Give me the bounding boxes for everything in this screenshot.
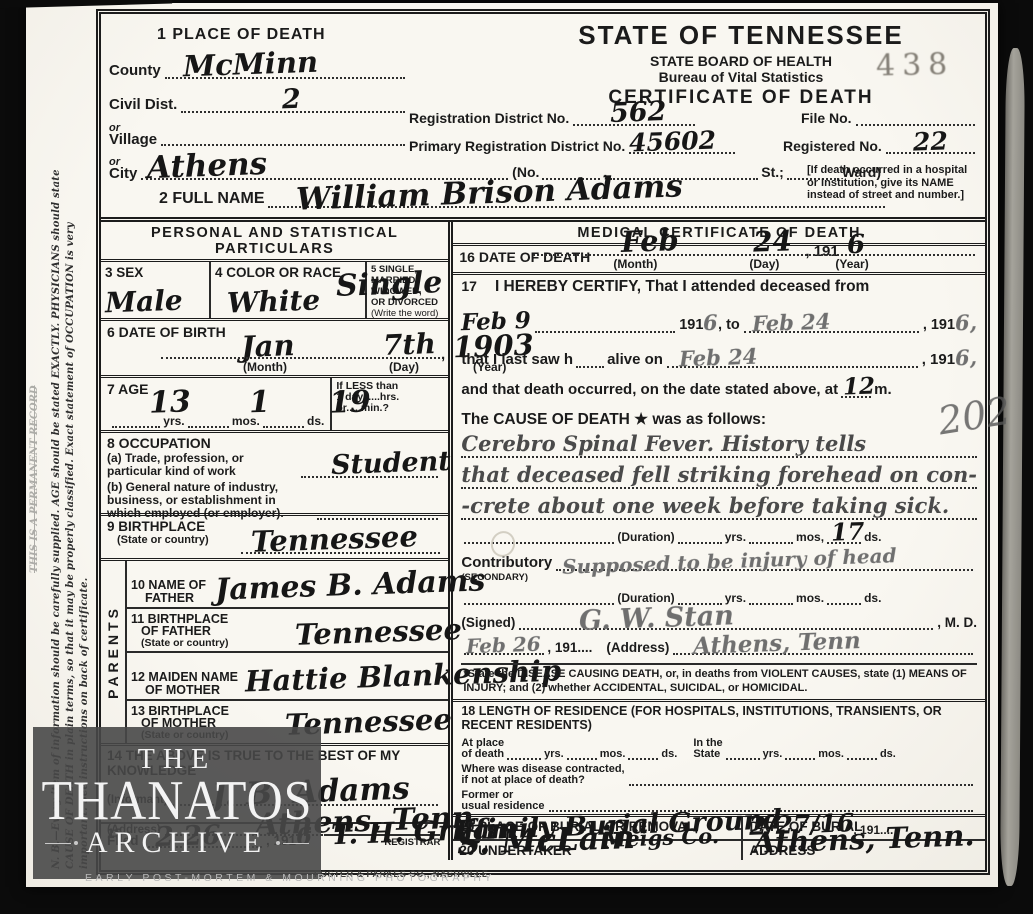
watermark-tagline: EARLY POST-MORTEM & MOURNING PHOTOGRAPHY xyxy=(85,872,485,884)
city-value: Athens xyxy=(147,149,268,184)
burial-place-value-2: Meigs Co. xyxy=(603,825,720,850)
duration-days-value: 17 xyxy=(831,520,865,545)
duration-line: (Duration) yrs. mos, 17 ds. xyxy=(461,530,977,544)
dob-day-value: 7th xyxy=(383,330,437,360)
cause-line-3: -crete about one week before taking sick… xyxy=(461,495,977,520)
cause-value-2: that deceased fell striking forehead on … xyxy=(461,462,977,487)
dob-label: 6 DATE OF BIRTH xyxy=(107,324,226,340)
dod-day-caption: (Day) xyxy=(749,257,779,271)
civil-dist-value: 2 xyxy=(282,86,302,114)
dotted-line xyxy=(749,601,793,605)
dod-month-caption: (Month) xyxy=(613,257,657,271)
certify-text: I HEREBY CERTIFY, That I attended deceas… xyxy=(495,278,869,296)
st-label: St.; xyxy=(761,164,784,180)
res-mos: mos. xyxy=(600,748,626,760)
res-ds-2: ds. xyxy=(880,748,896,760)
occupation-a-label: (a) Trade, profession, or particular kin… xyxy=(107,452,297,478)
dotted-line: 562 xyxy=(573,122,695,126)
dotted-line: Feb 26 xyxy=(464,651,544,655)
dotted-line: Feb 24 xyxy=(744,329,919,333)
father-birthplace-value: Tennessee xyxy=(295,615,463,650)
cause-label-line: The CAUSE OF DEATH ★ was as follows: xyxy=(461,410,977,429)
scanned-death-certificate: THIS IS A PERMANENT RECORD N. B.—Every i… xyxy=(0,0,1033,914)
primary-registration-row: Primary Registration District No. 45602 xyxy=(409,138,739,154)
residence-title: 18 LENGTH OF RESIDENCE (FOR HOSPITALS, I… xyxy=(461,704,956,732)
dotted-line: William Brison Adams xyxy=(268,204,885,208)
dotted-line: G. W. Stan xyxy=(519,626,933,630)
dotted-line xyxy=(749,540,793,544)
birthplace-label: 9 BIRTHPLACE xyxy=(107,519,205,534)
dotted-line xyxy=(576,364,604,368)
marital-value: Single xyxy=(336,268,443,302)
birthplace-hint: (State or country) xyxy=(117,534,209,546)
cause-of-death-label: The CAUSE OF DEATH ★ was as follows: xyxy=(461,411,766,428)
county-row: County McMinn xyxy=(109,62,409,79)
attended-from-year-value: 6 xyxy=(703,312,718,333)
res-mos-2: mos. xyxy=(818,748,844,760)
dotted-line xyxy=(535,329,675,333)
dotted-line: 45602 xyxy=(629,150,735,154)
certify-line: 17 I HEREBY CERTIFY, That I attended dec… xyxy=(461,278,977,296)
primary-registration-label: Primary Registration District No. xyxy=(409,138,625,154)
occupation-row: 8 OCCUPATION (a) Trade, profession, or p… xyxy=(101,433,448,516)
item-17: 17 xyxy=(461,278,477,294)
age-cell: 7 AGE 13 1 19 yrs. mos. ds. xyxy=(101,378,330,430)
father-label-2: FATHER xyxy=(131,592,206,605)
primary-registration-value: 45602 xyxy=(629,127,717,155)
age-days-value: 19 xyxy=(328,387,371,418)
sex-cell: 3 SEX Male xyxy=(101,262,211,318)
dotted-line: Athens, Tenn xyxy=(673,651,973,655)
duration-ds: ds. xyxy=(864,530,881,544)
mother-name-row: 12 MAIDEN NAME OF MOTHER Hattie Blankens… xyxy=(127,653,448,701)
physician-signature: G. W. Stan xyxy=(579,603,735,635)
mother-label-2: OF MOTHER xyxy=(131,684,238,697)
duration2-mos: mos. xyxy=(796,591,824,605)
residence-section: 18 LENGTH OF RESIDENCE (FOR HOSPITALS, I… xyxy=(453,702,985,817)
attended-dates-line: Feb 9 191 6 , to Feb 24 , 191 6, xyxy=(461,310,977,333)
occupation-b-row: (b) General nature of industry, business… xyxy=(107,481,442,520)
yrs-caption: yrs. xyxy=(163,414,184,428)
last-saw-line: that I last saw h alive on Feb 24 , 191 … xyxy=(461,347,977,368)
dotted-line: 2 xyxy=(181,109,405,113)
cause-line-2: that deceased fell striking forehead on … xyxy=(461,464,977,489)
watermark-flourish-left xyxy=(45,841,78,845)
former-label-2: usual residence xyxy=(461,801,544,812)
signed-caption: (Signed) xyxy=(461,615,515,630)
address-caption: (Address) xyxy=(606,640,669,655)
race-value: White xyxy=(227,286,321,317)
attended-to-print: , to xyxy=(718,317,740,333)
place-of-death-title: 1 PLACE OF DEATH xyxy=(157,26,326,44)
cause-line-1: Cerebro Spinal Fever. History tells xyxy=(461,433,977,458)
last-saw-print-2: alive on xyxy=(607,351,663,368)
attended-to-year-value: 6, xyxy=(955,312,978,334)
dob-comma: , xyxy=(441,346,445,363)
dotted-line: Student xyxy=(301,474,438,478)
age-units-line: yrs. mos. ds. xyxy=(109,414,324,428)
county-label: County xyxy=(109,62,161,79)
dotted-line xyxy=(847,756,877,760)
dod-label: 16 DATE OF DEATH xyxy=(459,249,590,265)
occupation-a-value: Student xyxy=(331,448,452,479)
dod-year-print: , 191 xyxy=(805,243,838,260)
registered-no-row: Registered No. 22 xyxy=(783,138,979,154)
undertaker-address-cell: ADDRESS Athens, Tenn. xyxy=(743,841,985,860)
dotted-line xyxy=(726,756,760,760)
dotted-line xyxy=(785,756,815,760)
father-bp-label-2: OF FATHER xyxy=(131,625,229,637)
physician-address-value: Athens, Tenn xyxy=(693,629,861,658)
registration-district-label: Registration District No. xyxy=(409,110,569,126)
personal-title: PERSONAL AND STATISTICAL PARTICULARS xyxy=(101,222,448,262)
parents-vertical-label: PARENTS xyxy=(101,561,127,743)
certificate-title: CERTIFICATE OF DEATH xyxy=(531,87,951,109)
dotted-line xyxy=(161,357,440,359)
dotted-line xyxy=(629,782,973,786)
undertaker-section: Meigs Co. 20 UNDERTAKER S. McLain ADDRES… xyxy=(453,841,985,860)
sign-date-value: Feb 26 xyxy=(466,634,541,657)
sign-year-print: , 191.... xyxy=(547,640,592,655)
registered-no-label: Registered No. xyxy=(783,138,882,154)
file-no-label: File No. xyxy=(801,110,852,126)
full-name-label: 2 FULL NAME xyxy=(159,190,264,208)
sex-value: Male xyxy=(105,287,184,318)
marital-hint: (Write the word) xyxy=(371,308,444,319)
age-label: 7 AGE xyxy=(107,381,149,397)
death-hour-value: 12 xyxy=(843,375,876,399)
residence-duration-row: At place of death yrs. mos. ds. In the xyxy=(461,738,977,760)
cause-footnote: *State the DISEASE CAUSING DEATH, or, in… xyxy=(461,663,977,699)
registrar-block: T. H. Griffin REGISTRAR xyxy=(321,832,440,848)
dotted-line: 22 xyxy=(886,150,975,154)
res-yrs-2: yrs. xyxy=(763,748,783,760)
birthplace-row: 9 BIRTHPLACE (State or country) Tennesse… xyxy=(101,516,448,561)
death-occurred-line: and that death occurred, on the date sta… xyxy=(461,381,977,398)
state-title: STATE OF TENNESSEE xyxy=(531,20,951,51)
marital-cell: 5 SINGLE, MARRIED, WIDOWED, OR DIVORCED … xyxy=(367,262,448,318)
registration-district-value: 562 xyxy=(609,98,666,127)
duration-caption: (Duration) xyxy=(617,530,674,544)
dotted-line xyxy=(161,142,405,146)
contracted-row: Where was disease contracted, if not at … xyxy=(461,764,977,786)
dotted-line: Supposed to be injury of head xyxy=(556,567,973,571)
margin-faint-note: THIS IS A PERMANENT RECORD xyxy=(29,153,40,573)
contributory-line: Contributory Supposed to be injury of he… xyxy=(461,554,977,571)
dotted-line xyxy=(188,424,229,428)
village-row: or Village xyxy=(109,122,409,146)
in-the-label-2: State xyxy=(693,749,722,760)
at-place-label-2: of death xyxy=(461,749,504,760)
registration-district-row: Registration District No. 562 xyxy=(409,110,699,126)
occupation-b-label: (b) General nature of industry, business… xyxy=(107,481,313,520)
day-caption: (Day) xyxy=(389,360,419,374)
parents-rows: 10 NAME OF FATHER James B. Adams 11 BIRT… xyxy=(127,561,448,743)
father-bp-hint: (State or country) xyxy=(131,637,229,649)
occupation-a-row: (a) Trade, profession, or particular kin… xyxy=(107,452,442,478)
dotted-line xyxy=(464,540,614,544)
dotted-line xyxy=(241,552,440,554)
full-name-row: 2 FULL NAME William Brison Adams xyxy=(159,190,889,208)
watermark-name: THANATOS xyxy=(42,772,313,828)
last-saw-date-value: Feb 24 xyxy=(679,346,758,370)
dotted-line xyxy=(567,756,597,760)
village-label: Village xyxy=(109,134,157,146)
file-number-stamp: 438 xyxy=(876,47,955,84)
civil-dist-label: Civil Dist. xyxy=(109,96,177,113)
dotted-line xyxy=(263,424,304,428)
watermark-flourish-right xyxy=(276,841,309,845)
dotted-line xyxy=(856,122,975,126)
race-label: 4 COLOR OR RACE xyxy=(215,265,341,280)
md-caption: , M. D. xyxy=(937,615,977,630)
cause-value-1: Cerebro Spinal Fever. History tells xyxy=(461,431,866,456)
parents-section: PARENTS 10 NAME OF FATHER James B. Adams xyxy=(101,561,448,746)
dotted-line xyxy=(678,540,722,544)
contributory-label: Contributory xyxy=(461,554,552,571)
father-name-row: 10 NAME OF FATHER James B. Adams xyxy=(127,561,448,609)
dod-day-value: 24 xyxy=(753,228,793,257)
hospital-note: [If death occurred in a hospital or Inst… xyxy=(807,164,979,202)
county-value: McMinn xyxy=(182,48,318,82)
dotted-line: Feb 24 xyxy=(667,364,918,368)
month-caption: (Month) xyxy=(243,360,287,374)
res-ds: ds. xyxy=(661,748,677,760)
dotted-line: McMinn xyxy=(165,75,405,79)
file-no-row: File No. xyxy=(801,110,979,126)
last-saw-year-print: , 191 xyxy=(922,351,955,368)
father-birthplace-row: 11 BIRTHPLACE OF FATHER (State or countr… xyxy=(127,609,448,653)
father-name-value: James B. Adams xyxy=(215,566,486,605)
certification-section: 17 I HEREBY CERTIFY, That I attended dec… xyxy=(453,275,985,702)
parents-label: PARENTS xyxy=(105,605,121,699)
undertaker-address-value: Athens, Tenn. xyxy=(753,821,975,858)
medical-title: MEDICAL CERTIFICATE OF DEATH xyxy=(453,222,985,246)
signed-line: (Signed) G. W. Stan , M. D. xyxy=(461,615,977,630)
city-label: City xyxy=(109,168,137,180)
dod-month-value: Feb xyxy=(621,226,680,257)
medical-column: MEDICAL CERTIFICATE OF DEATH 16 DATE OF … xyxy=(453,222,985,860)
duration-yrs: yrs. xyxy=(725,530,746,544)
ds-caption: ds. xyxy=(307,414,324,428)
age-row: 7 AGE 13 1 19 yrs. mos. ds. xyxy=(101,378,448,433)
dotted-line xyxy=(533,254,975,256)
page-edge xyxy=(1000,48,1025,886)
last-saw-year-value: 6, xyxy=(955,347,978,369)
duration2-ds: ds. xyxy=(864,591,881,605)
dotted-line: 12 xyxy=(841,394,871,398)
date-of-birth-row: 6 DATE OF BIRTH Jan 7th , 1903 (Month) (… xyxy=(101,321,448,378)
death-m-caption: m. xyxy=(874,381,892,398)
cause-value-3: -crete about one week before taking sick… xyxy=(461,493,949,518)
thanatos-watermark: THE THANATOS ARCHIVE xyxy=(33,727,321,879)
dod-year-caption: (Year) xyxy=(835,257,868,271)
form-header: 1 PLACE OF DEATH County McMinn Civil Dis… xyxy=(101,14,985,222)
secondary-caption: (SECONDARY) xyxy=(461,572,977,583)
death-occurred-print: and that death occurred, on the date sta… xyxy=(461,381,838,398)
mos-caption: mos. xyxy=(232,414,260,428)
res-yrs: yrs. xyxy=(544,748,564,760)
dotted-line xyxy=(112,424,160,428)
sex-label: 3 SEX xyxy=(105,265,143,280)
dotted-line xyxy=(827,601,861,605)
dotted-line xyxy=(628,756,658,760)
date-of-death-row: 16 DATE OF DEATH Feb 24 , 191 6 (Month) … xyxy=(453,246,985,275)
attended-to-year-print: , 191 xyxy=(923,317,955,333)
registered-no-value: 22 xyxy=(912,128,948,154)
dotted-line xyxy=(507,756,541,760)
sign-date-address-line: Feb 26 , 191.... (Address) Athens, Tenn xyxy=(461,640,977,655)
civil-dist-row: Civil Dist. 2 xyxy=(109,96,409,113)
contracted-label-2: if not at place of death? xyxy=(461,775,624,786)
attended-from-year-print: 191 xyxy=(679,317,703,333)
attended-from-value: Feb 9 xyxy=(461,309,532,334)
sex-race-marital-row: 3 SEX Male 4 COLOR OR RACE White 5 SINGL… xyxy=(101,262,448,321)
duration-mos: mos, xyxy=(796,530,824,544)
attended-to-value: Feb 24 xyxy=(751,311,830,335)
last-saw-print-1: that I last saw h xyxy=(461,351,573,368)
